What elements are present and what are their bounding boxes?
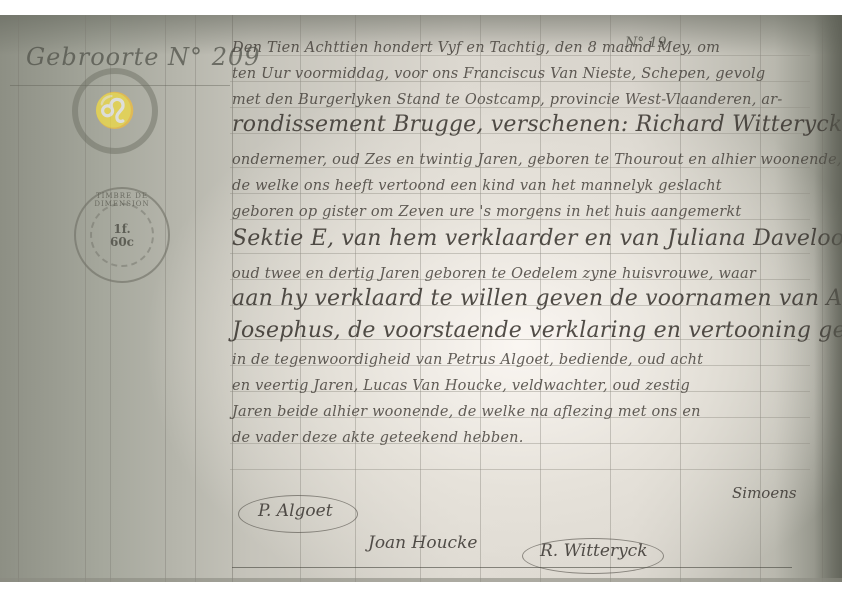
register-page: Gebroorte N° 209 ♌ TIMBRE DE DIMENSION 1… [0, 15, 842, 582]
text-line: geboren op gister om Zeven ure 's morgen… [232, 204, 741, 220]
ruled-line [165, 15, 166, 582]
text-line: en veertig Jaren, Lucas Van Houcke, veld… [232, 378, 690, 394]
signature-witness-middle: Joan Houcke [368, 533, 477, 553]
ruled-line [195, 15, 196, 582]
tax-stamp: TIMBRE DE DIMENSION 1f. 60c [74, 187, 170, 283]
closing-rule [232, 567, 792, 568]
entry-margin-label: Gebroorte N° 209 [26, 43, 261, 71]
stamp-value: 1f. 60c [76, 223, 168, 249]
page-shadow-right [814, 15, 842, 582]
text-line: aan hy verklaard te willen geven de voor… [232, 286, 842, 311]
lion-emblem-icon: ♌ [94, 91, 136, 131]
text-line: ondernemer, oud Zes en twintig Jaren, ge… [232, 152, 842, 168]
writing-line [230, 469, 810, 470]
text-line: de vader deze akte geteekend hebben. [232, 430, 524, 446]
signature-witness-left: P. Algoet [258, 501, 333, 521]
text-line: Josephus, de voorstaende verklaring en v… [232, 318, 842, 343]
text-line: in de tegenwoordigheid van Petrus Algoet… [232, 352, 703, 368]
text-line: oud twee en dertig Jaren geboren te Oede… [232, 266, 756, 282]
text-line: met den Burgerlyken Stand te Oostcamp, p… [232, 92, 782, 108]
writing-line [230, 253, 810, 254]
stamp-ring-text: TIMBRE DE DIMENSION [76, 192, 168, 208]
text-line: ten Uur voormiddag, voor ons Franciscus … [232, 66, 765, 82]
page-edge-bottom [0, 578, 842, 582]
text-line: rondissement Brugge, verschenen: Richard… [232, 112, 842, 137]
lion-seal-icon: ♌ [72, 68, 158, 154]
signature-officer: Simoens [732, 484, 797, 502]
text-line: de welke ons heeft vertoond een kind van… [232, 178, 722, 194]
ruled-line [18, 15, 19, 582]
text-line: Den Tien Achttien hondert Vyf en Tachtig… [232, 40, 720, 56]
signature-father: R. Witteryck [540, 541, 648, 561]
text-line: Jaren beide alhier woonende, de welke na… [232, 404, 701, 420]
text-line: Sektie E, van hem verklaarder en van Jul… [232, 226, 842, 251]
stamp-value-cents: 60c [76, 236, 168, 249]
